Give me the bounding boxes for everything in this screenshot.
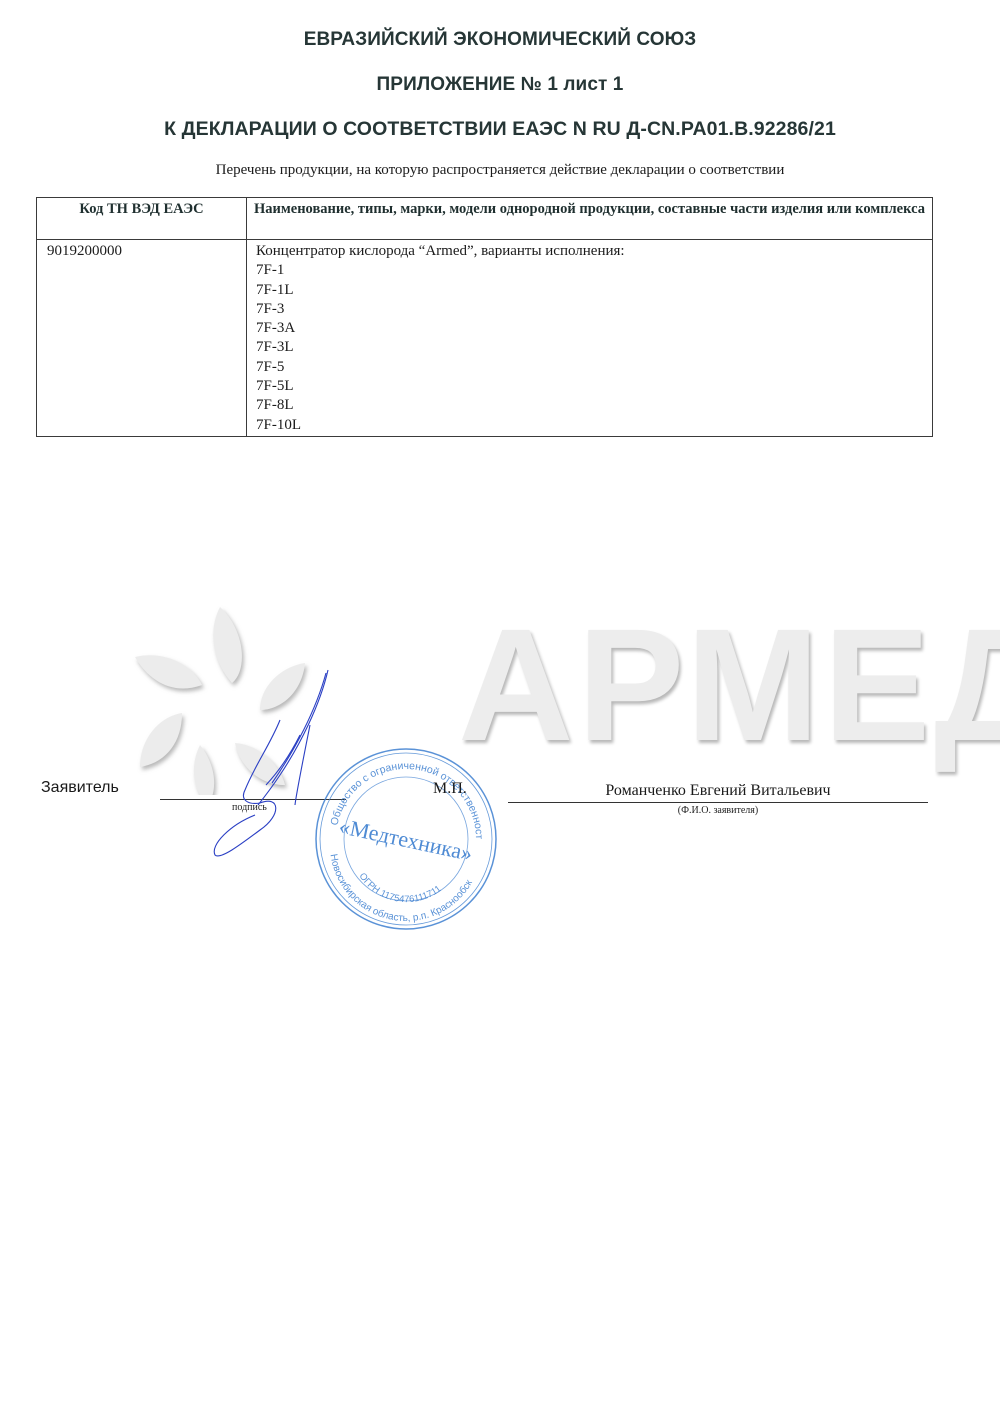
table-row: 9019200000 Концентратор кислорода “Armed…: [37, 240, 933, 437]
applicant-name: Романченко Евгений Витальевич: [508, 782, 928, 800]
declaration-appendix-page: ЕВРАЗИЙСКИЙ ЭКОНОМИЧЕСКИЙ СОЮЗ ПРИЛОЖЕНИ…: [0, 0, 1000, 1414]
variant-item: 7F-3: [256, 300, 924, 319]
intro-text: Перечень продукции, на которую распростр…: [0, 162, 1000, 179]
organization-heading: ЕВРАЗИЙСКИЙ ЭКОНОМИЧЕСКИЙ СОЮЗ: [0, 29, 1000, 51]
applicant-label: Заявитель: [41, 779, 119, 797]
declaration-number-heading: К ДЕКЛАРАЦИИ О СООТВЕТСТВИИ ЕАЭС N RU Д-…: [0, 118, 1000, 141]
watermark-text: АРМЕД: [458, 605, 1000, 765]
appendix-heading: ПРИЛОЖЕНИЕ № 1 лист 1: [0, 74, 1000, 96]
variant-item: 7F-3A: [256, 319, 924, 338]
stamp-ogrn-text: ОГРН 1175476111711: [357, 871, 444, 905]
column-header-description: Наименование, типы, марки, модели одноро…: [247, 198, 933, 240]
svg-text:ОГРН 1175476111711: ОГРН 1175476111711: [357, 871, 444, 905]
product-description: Концентратор кислорода “Armed”, варианты…: [256, 242, 924, 261]
column-header-code: Код ТН ВЭД ЕАЭС: [37, 198, 247, 240]
round-seal-icon: Общество с ограниченной ответственностью…: [312, 745, 500, 933]
seal-place-label: М.П.: [433, 780, 467, 798]
variant-item: 7F-1L: [256, 281, 924, 300]
variant-item: 7F-8L: [256, 396, 924, 415]
name-caption: (Ф.И.О. заявителя): [508, 805, 928, 816]
variant-item: 7F-5: [256, 358, 924, 377]
variant-item: 7F-10L: [256, 416, 924, 435]
tn-ved-code-cell: 9019200000: [37, 240, 247, 437]
variant-item: 7F-5L: [256, 377, 924, 396]
name-line: [508, 802, 928, 803]
products-table: Код ТН ВЭД ЕАЭС Наименование, типы, марк…: [36, 197, 933, 437]
variant-item: 7F-3L: [256, 338, 924, 357]
description-cell: Концентратор кислорода “Armed”, варианты…: [247, 240, 933, 437]
svg-text:Новосибирская область, р.п. Кр: Новосибирская область, р.п. Краснообск: [328, 853, 476, 924]
stamp-bottom-text: Новосибирская область, р.п. Краснообск: [328, 853, 476, 924]
variant-item: 7F-1: [256, 261, 924, 280]
stamp-center-text: «Медтехника»: [337, 813, 475, 866]
table-header-row: Код ТН ВЭД ЕАЭС Наименование, типы, марк…: [37, 198, 933, 240]
